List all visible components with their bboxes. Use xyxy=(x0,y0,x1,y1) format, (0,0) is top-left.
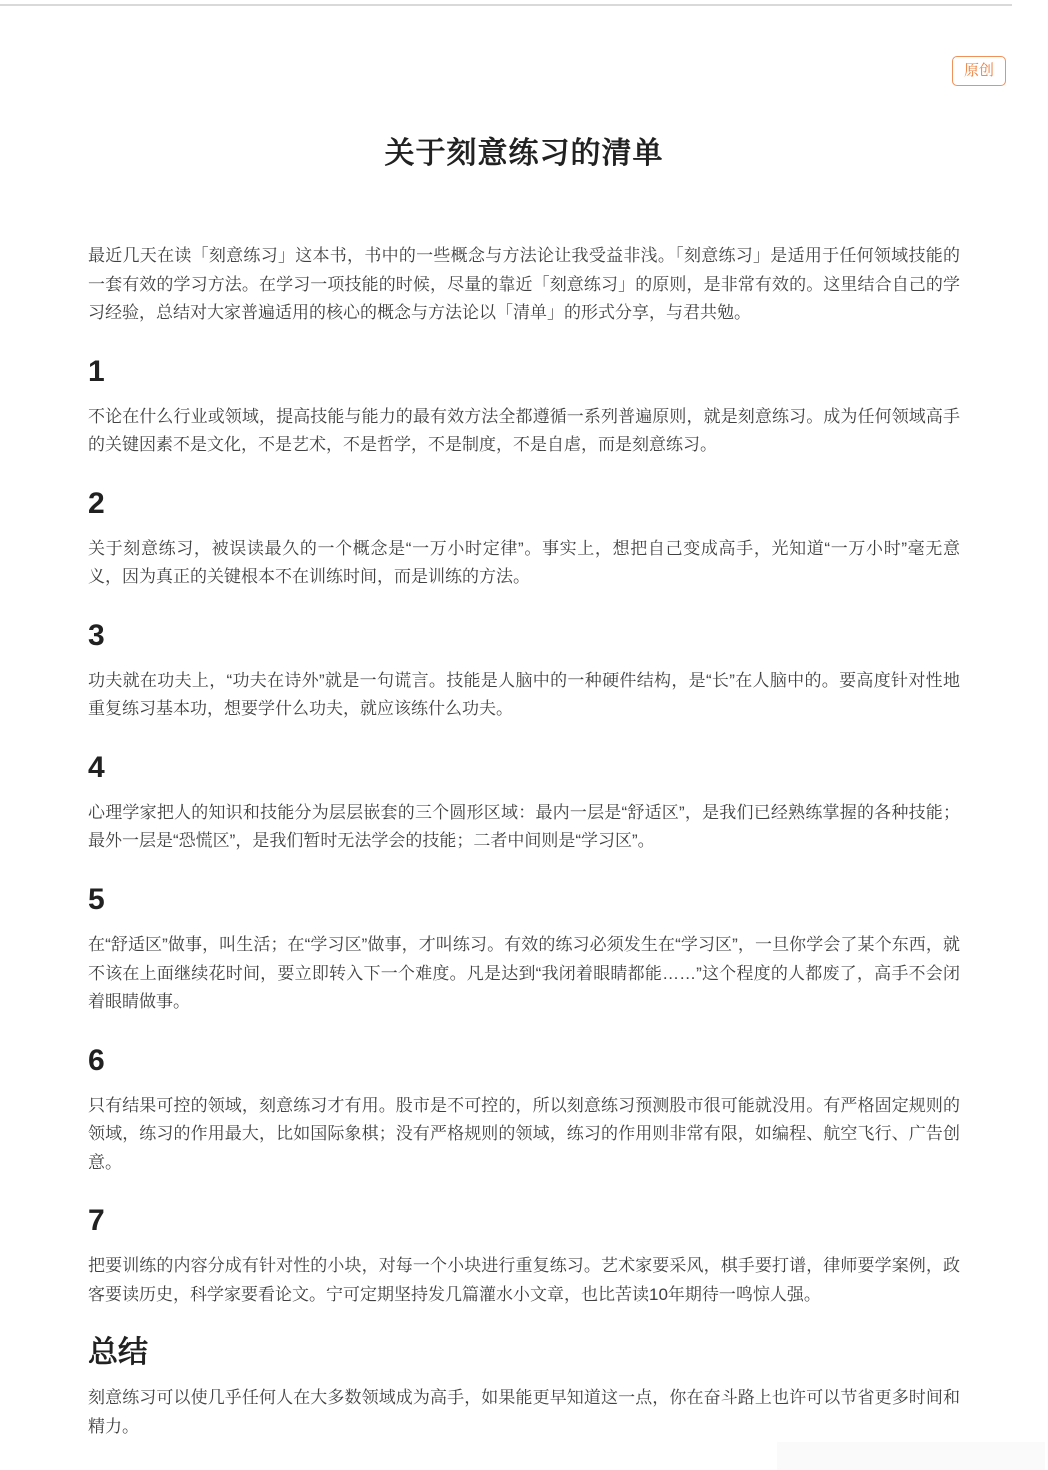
article-page: 原创 关于刻意练习的清单 最近几天在读「刻意练习」这本书，书中的一些概念与方法论… xyxy=(0,0,1048,1470)
section-5: 5 在“舒适区”做事，叫生活；在“学习区”做事，才叫练习。有效的练习必须发生在“… xyxy=(88,882,960,1017)
section-1: 1 不论在什么行业或领域，提高技能与能力的最有效方法全都遵循一系列普遍原则，就是… xyxy=(88,354,960,460)
section-heading: 7 xyxy=(88,1203,960,1239)
section-body: 心理学家把人的知识和技能分为层层嵌套的三个圆形区域：最内一层是“舒适区”，是我们… xyxy=(88,799,960,856)
section-heading: 1 xyxy=(88,354,960,390)
section-heading: 2 xyxy=(88,486,960,522)
section-body: 只有结果可控的领域，刻意练习才有用。股市是不可控的，所以刻意练习预测股市很可能就… xyxy=(88,1092,960,1178)
original-badge: 原创 xyxy=(952,56,1006,86)
bottom-overlay xyxy=(777,1442,1045,1470)
section-body: 关于刻意练习，被误读最久的一个概念是“一万小时定律”。事实上，想把自己变成高手，… xyxy=(88,535,960,592)
section-heading: 3 xyxy=(88,618,960,654)
section-body: 在“舒适区”做事，叫生活；在“学习区”做事，才叫练习。有效的练习必须发生在“学习… xyxy=(88,931,960,1017)
section-7: 7 把要训练的内容分成有针对性的小块，对每一个小块进行重复练习。艺术家要采风，棋… xyxy=(88,1203,960,1309)
section-2: 2 关于刻意练习，被误读最久的一个概念是“一万小时定律”。事实上，想把自己变成高… xyxy=(88,486,960,592)
section-heading: 5 xyxy=(88,882,960,918)
intro-paragraph: 最近几天在读「刻意练习」这本书，书中的一些概念与方法论让我受益非浅。「刻意练习」… xyxy=(88,242,960,328)
section-summary: 总结 刻意练习可以使几乎任何人在大多数领域成为高手，如果能更早知道这一点，你在奋… xyxy=(88,1335,960,1441)
article-content: 关于刻意练习的清单 最近几天在读「刻意练习」这本书，书中的一些概念与方法论让我受… xyxy=(88,136,960,1441)
section-3: 3 功夫就在功夫上，“功夫在诗外”就是一句谎言。技能是人脑中的一种硬件结构，是“… xyxy=(88,618,960,724)
summary-body: 刻意练习可以使几乎任何人在大多数领域成为高手，如果能更早知道这一点，你在奋斗路上… xyxy=(88,1384,960,1441)
page-title: 关于刻意练习的清单 xyxy=(88,136,960,172)
section-6: 6 只有结果可控的领域，刻意练习才有用。股市是不可控的，所以刻意练习预测股市很可… xyxy=(88,1043,960,1178)
section-heading: 4 xyxy=(88,750,960,786)
section-body: 功夫就在功夫上，“功夫在诗外”就是一句谎言。技能是人脑中的一种硬件结构，是“长”… xyxy=(88,667,960,724)
section-4: 4 心理学家把人的知识和技能分为层层嵌套的三个圆形区域：最内一层是“舒适区”，是… xyxy=(88,750,960,856)
section-heading: 6 xyxy=(88,1043,960,1079)
top-divider xyxy=(0,4,1012,6)
section-body: 不论在什么行业或领域，提高技能与能力的最有效方法全都遵循一系列普遍原则，就是刻意… xyxy=(88,403,960,460)
summary-heading: 总结 xyxy=(88,1335,960,1371)
section-body: 把要训练的内容分成有针对性的小块，对每一个小块进行重复练习。艺术家要采风，棋手要… xyxy=(88,1252,960,1309)
